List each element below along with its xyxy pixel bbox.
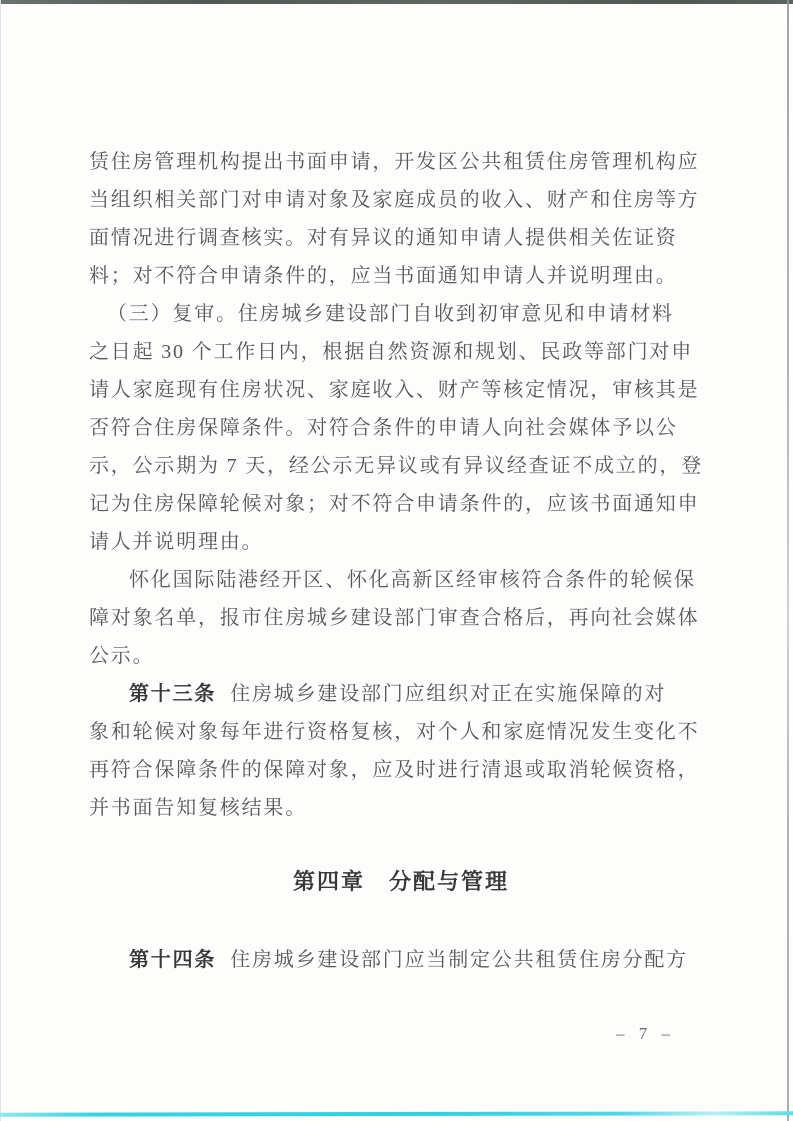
text-line: 请人并说明理由。: [89, 523, 713, 561]
text-line: 第十四条住房城乡建设部门应当制定公共租赁住房分配方: [89, 941, 713, 979]
text-line: 赁住房管理机构提出书面申请，开发区公共租赁住房管理机构应: [89, 143, 713, 181]
text-line: 再符合保障条件的保障对象，应及时进行清退或取消轮候资格，: [89, 751, 713, 789]
article-text: 住房城乡建设部门应组织对正在实施保障的对: [230, 683, 666, 705]
chapter-heading: 第四章 分配与管理: [89, 863, 713, 901]
scan-streak-bottom: [0, 1111, 793, 1116]
scan-edge-right: [787, 0, 789, 1121]
page-number: – 7 –: [616, 1022, 675, 1046]
text-line: （三）复审。住房城乡建设部门自收到初审意见和申请材料: [89, 295, 713, 333]
scan-edge-left: [0, 0, 1, 1121]
text-line: 面情况进行调查核实。对有异议的通知申请人提供相关佐证资: [89, 219, 713, 257]
document-page: 赁住房管理机构提出书面申请，开发区公共租赁住房管理机构应 当组织相关部门对申请对…: [0, 0, 793, 1121]
text-line: 当组织相关部门对申请对象及家庭成员的收入、财产和住房等方: [89, 181, 713, 219]
text-line: 怀化国际陆港经开区、怀化高新区经审核符合条件的轮候保: [89, 561, 713, 599]
text-line: 并书面告知复核结果。: [89, 789, 713, 827]
article-number-label: 第十四条: [129, 949, 216, 971]
text-line: 示，公示期为 7 天，经公示无异议或有异议经查证不成立的，登: [89, 447, 713, 485]
text-line: 请人家庭现有住房状况、家庭收入、财产等核定情况，审核其是: [89, 371, 713, 409]
text-line: 记为住房保障轮候对象；对不符合申请条件的，应该书面通知申: [89, 485, 713, 523]
scan-edge-top: [0, 0, 793, 4]
text-line: 障对象名单，报市住房城乡建设部门审查合格后，再向社会媒体: [89, 599, 713, 637]
text-line: 料；对不符合申请条件的，应当书面通知申请人并说明理由。: [89, 257, 713, 295]
article-number-label: 第十三条: [129, 683, 216, 705]
text-line: 公示。: [89, 637, 713, 675]
text-line: 否符合住房保障条件。对符合条件的申请人向社会媒体予以公: [89, 409, 713, 447]
text-line: 第十三条住房城乡建设部门应组织对正在实施保障的对: [89, 675, 713, 713]
text-line: 象和轮候对象每年进行资格复核，对个人和家庭情况发生变化不: [89, 713, 713, 751]
text-line: 之日起 30 个工作日内，根据自然资源和规划、民政等部门对申: [89, 333, 713, 371]
document-body: 赁住房管理机构提出书面申请，开发区公共租赁住房管理机构应 当组织相关部门对申请对…: [89, 143, 713, 979]
article-text: 住房城乡建设部门应当制定公共租赁住房分配方: [230, 949, 688, 971]
